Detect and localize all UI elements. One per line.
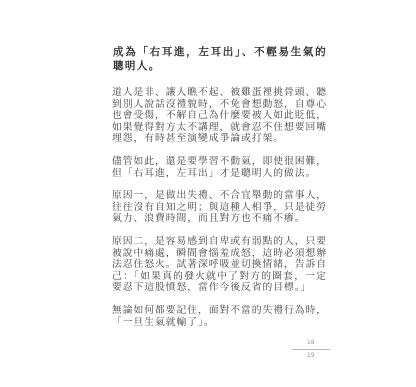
section-title: 成為「右耳進，左耳出」、不輕易生氣的聰明人。 [113, 46, 327, 74]
paragraph-5: 無論如何都要記住，面對不當的失禮行為時，「一旦生氣就輸了」。 [112, 305, 327, 328]
page-number-top: 18 [292, 339, 330, 348]
page-number-block: 18 19 [292, 339, 330, 361]
book-page: 成為「右耳進，左耳出」、不輕易生氣的聰明人。 道人是非、讓人瞧不起、被雞蛋裡挑骨… [0, 0, 416, 387]
paragraph-1: 道人是非、讓人瞧不起、被雞蛋裡挑骨頭、聽到別人說話沒禮貌時，不免會想動怒，自尊心… [112, 87, 327, 145]
paragraph-2: 儘管如此，還是要學習不動氣，即使很困難，但「右耳進，左耳出」才是聰明人的做法。 [112, 156, 327, 179]
paragraph-4: 原因二，是容易感到自卑或有弱點的人，只要被說中痛處，瞬間會惱羞成怒，這時必須想辦… [112, 236, 327, 294]
paragraph-3: 原因一，是做出失禮、不合宜舉動的當事人，往往沒有自知之明；與這種人相爭，只是徒勞… [112, 190, 327, 225]
page-number-bottom: 19 [292, 352, 330, 361]
text-column: 成為「右耳進，左耳出」、不輕易生氣的聰明人。 道人是非、讓人瞧不起、被雞蛋裡挑骨… [112, 46, 327, 339]
page-number-divider [292, 349, 330, 350]
